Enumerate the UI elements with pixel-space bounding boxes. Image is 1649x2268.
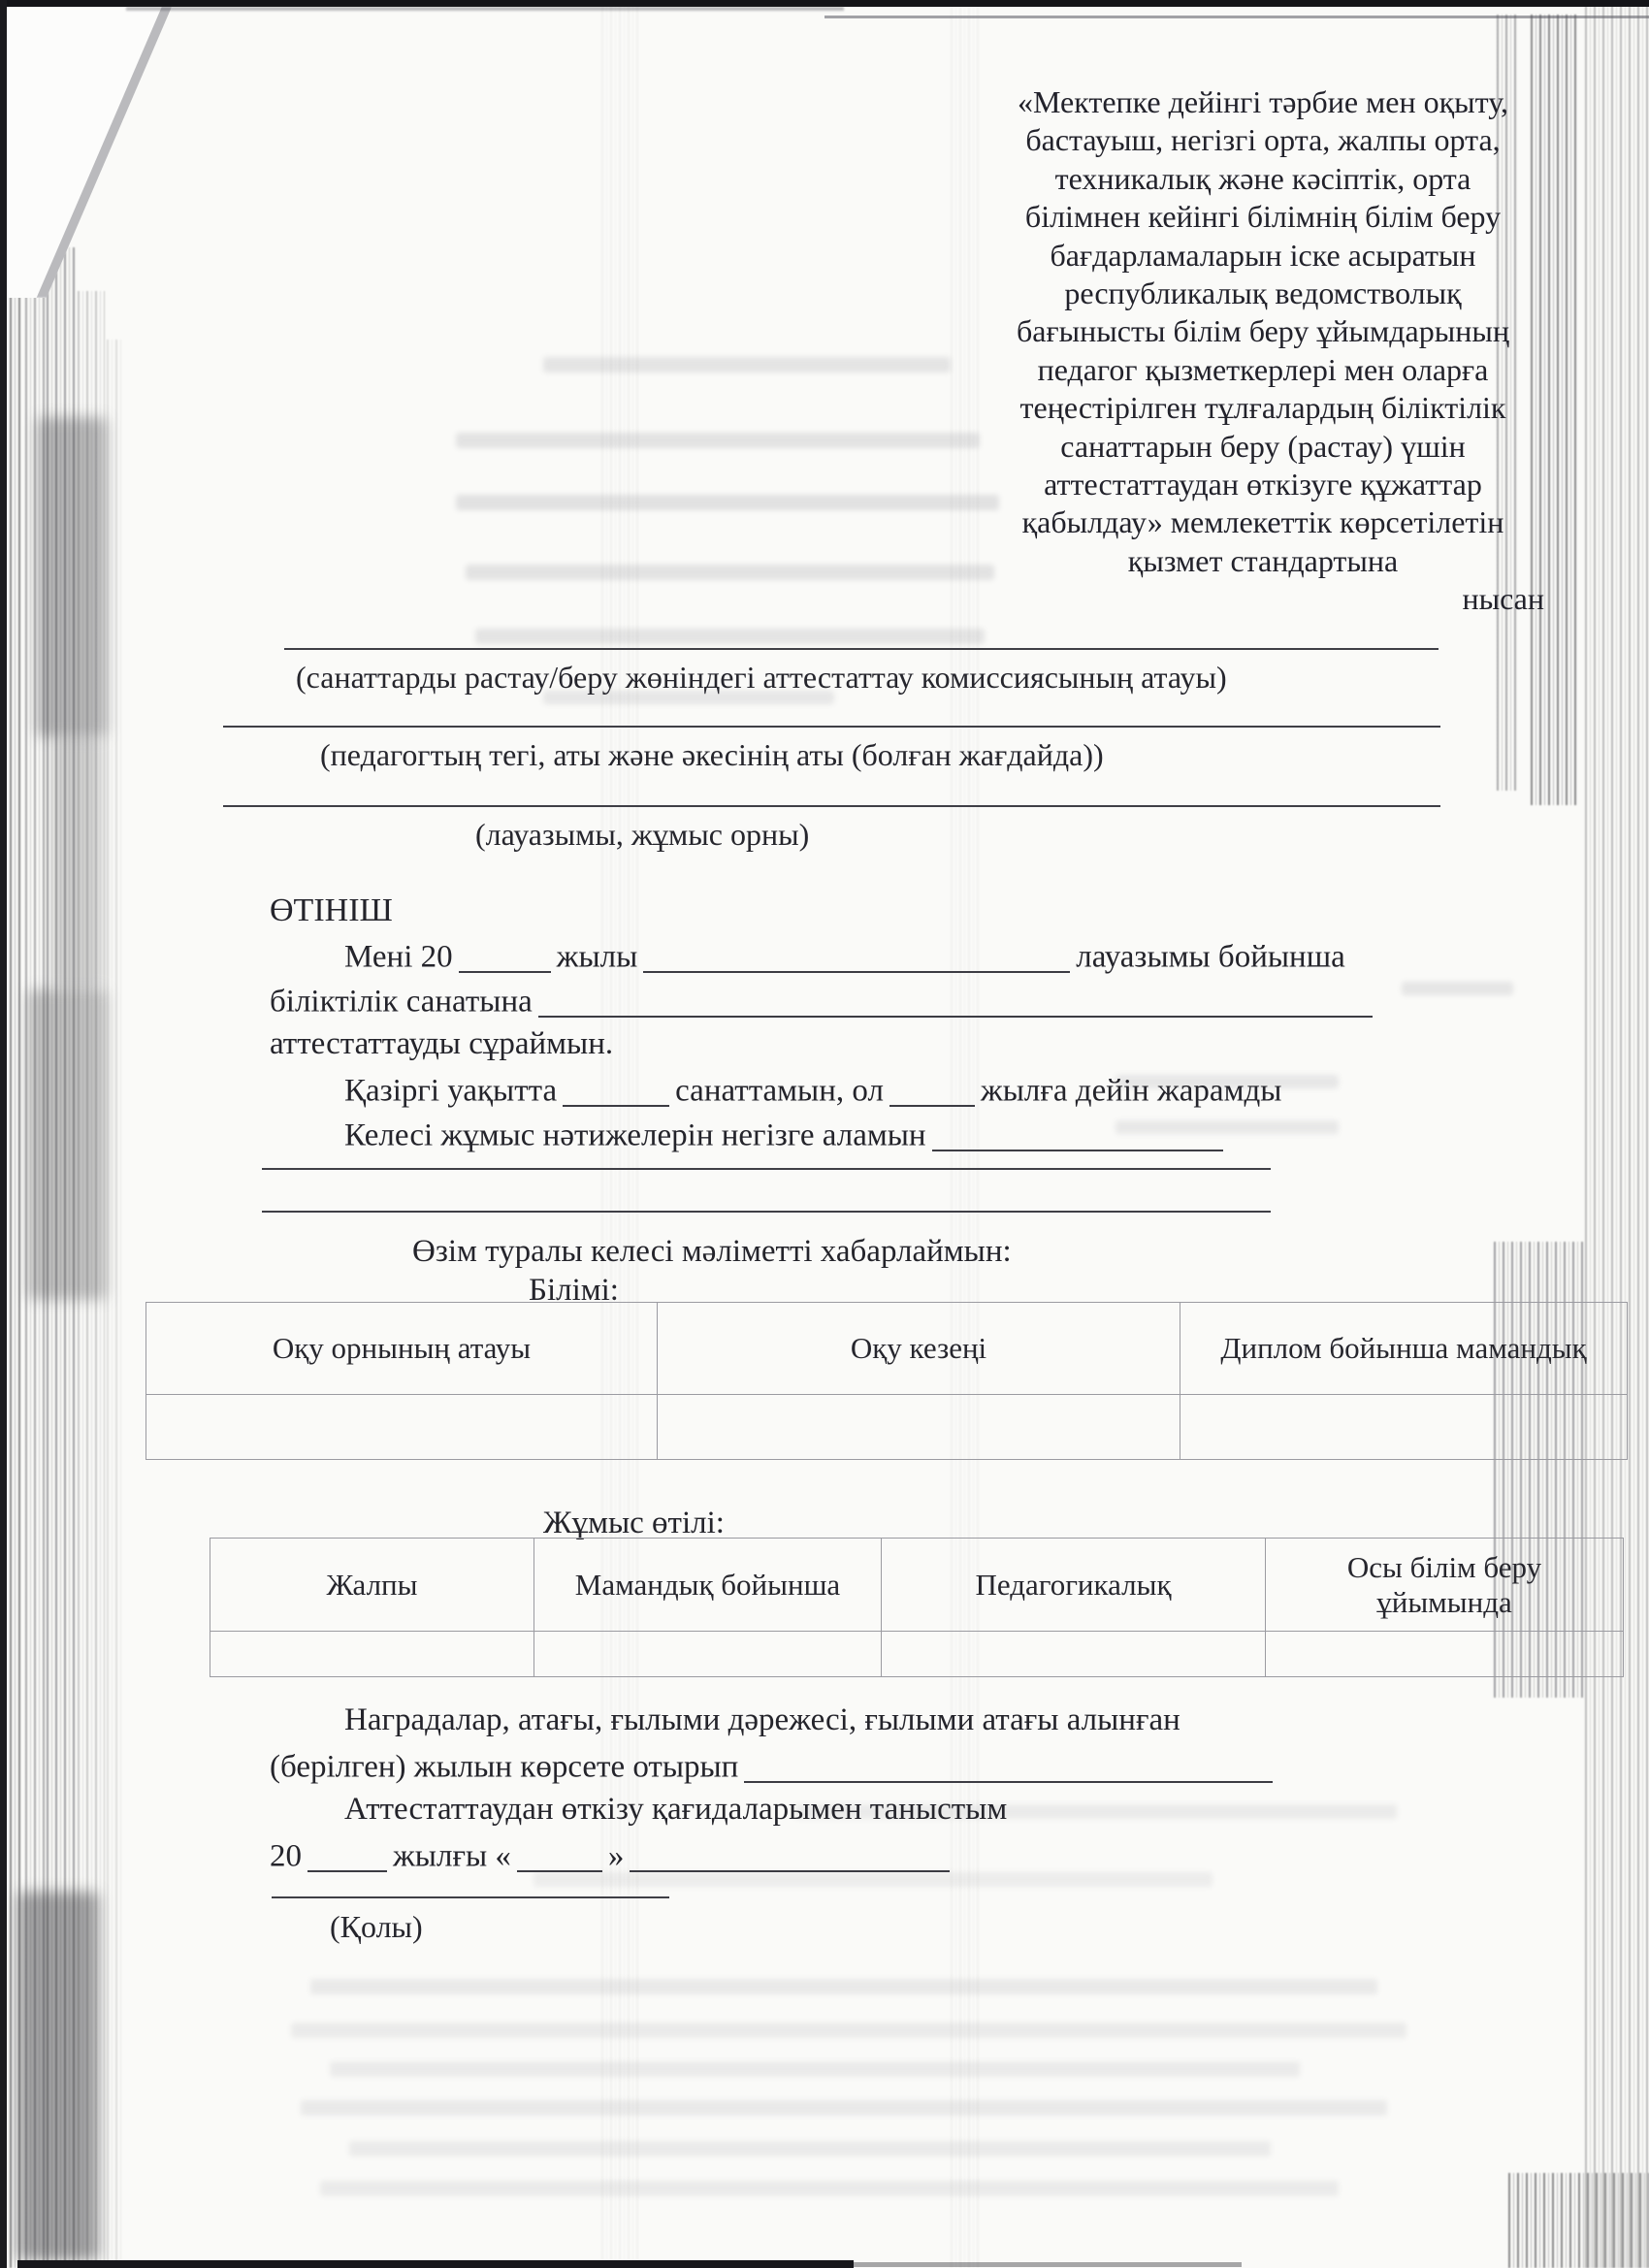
scan-top-edge <box>0 0 1649 7</box>
rules-acknowledgement-line: Аттестаттаудан өткізу қағидаларымен таны… <box>344 1792 1007 1828</box>
awards-line1: Наградалар, атағы, ғылыми дәрежесі, ғылы… <box>344 1702 1180 1738</box>
scan-left-edge <box>0 0 7 2268</box>
position-blank-field <box>643 937 1070 973</box>
field-caption-commission: (санаттарды растау/беру жөніндегі аттест… <box>296 660 1227 696</box>
results-blank-field <box>932 1116 1223 1151</box>
current-category-blank-field <box>563 1071 669 1107</box>
ghost-text-artifact <box>330 2061 1300 2077</box>
experience-empty-cell <box>210 1632 534 1676</box>
scan-bottom-edge-fade <box>854 2262 1242 2267</box>
experience-header-organization: Осы білім беру ұйымында <box>1266 1539 1623 1632</box>
ghost-text-artifact <box>543 357 951 373</box>
experience-header-pedagogical: Педагогикалық <box>882 1539 1266 1632</box>
right-streak-band <box>1508 2173 1649 2268</box>
date-close: » <box>608 1839 625 1874</box>
ghost-text-artifact <box>1402 982 1513 995</box>
education-table: Оқу орнының атауы Оқу кезеңі Диплом бойы… <box>145 1302 1628 1460</box>
signature-rule <box>272 1896 669 1898</box>
date-line: 20жылғы «» <box>270 1836 955 1875</box>
toner-smudge <box>37 417 107 737</box>
date-pre: 20 <box>270 1839 302 1874</box>
awards-line2: (берілген) жылын көрсете отырып <box>270 1747 1278 1786</box>
form-label: нысан <box>982 580 1544 618</box>
about-intro: Өзім туралы келесі мәліметті хабарлаймын… <box>412 1234 1012 1270</box>
request-line-post: лауазымы бойынша <box>1076 940 1345 975</box>
header-note-line: республикалық ведомстволық <box>982 275 1544 312</box>
current-category-line: Қазіргі уақыттасанаттамын, олжылға дейін… <box>344 1071 1281 1110</box>
date-day-blank-field <box>517 1836 602 1872</box>
experience-empty-cell <box>534 1632 882 1676</box>
results-pre: Келесі жұмыс нәтижелерін негізге аламын <box>344 1118 926 1153</box>
ghost-text-artifact <box>291 2023 1406 2038</box>
request-tail-line: аттестаттауды сұраймын. <box>270 1026 613 1062</box>
header-note-line: санаттарын беру (растау) үшін <box>982 428 1544 466</box>
header-note-line: бағдарламаларын іске асыратын <box>982 237 1544 275</box>
experience-header-total: Жалпы <box>210 1539 534 1632</box>
header-note-line: аттестаттаудан өткізуге құжаттар <box>982 466 1544 503</box>
date-mid: жылғы « <box>393 1839 511 1874</box>
field-rule-commission <box>284 648 1439 650</box>
toner-smudge <box>17 1892 99 2260</box>
current-pre: Қазіргі уақытта <box>344 1074 557 1109</box>
category-line: біліктілік санатына <box>270 982 1378 1021</box>
education-header-speciality: Диплом бойынша мамандық <box>1180 1303 1627 1395</box>
header-note: «Мектепке дейінгі тәрбие мен оқыту, баст… <box>982 83 1544 619</box>
ghost-text-artifact <box>320 2181 1339 2196</box>
experience-header-speciality: Мамандық бойынша <box>534 1539 882 1632</box>
ghost-text-artifact <box>466 565 994 580</box>
field-caption-position: (лауазымы, жұмыс орны) <box>475 817 809 853</box>
header-note-line: қызмет стандартына <box>982 542 1544 580</box>
category-blank-field <box>538 982 1373 1018</box>
header-note-line: педагог қызметкерлері мен оларға <box>982 351 1544 389</box>
right-streak-band <box>1585 0 1649 2268</box>
education-header-period: Оқу кезеңі <box>658 1303 1180 1395</box>
field-caption-teacher-name: (педагогтың тегі, аты және әкесінің аты … <box>320 737 1104 773</box>
request-line: Мені 20жылылауазымы бойынша <box>344 937 1345 976</box>
header-note-line: қабылдау» мемлекеттік көрсетілетін <box>982 503 1544 541</box>
toner-smudge <box>53 737 102 989</box>
year-blank-field <box>459 937 551 973</box>
results-continuation-rule <box>262 1168 1271 1170</box>
signature-caption: (Қолы) <box>330 1909 423 1945</box>
awards-line2-pre: (берілген) жылын көрсете отырып <box>270 1750 738 1785</box>
request-line-pre: Мені 20 <box>344 940 453 975</box>
ghost-text-artifact <box>475 629 985 644</box>
experience-empty-cell <box>1266 1632 1623 1676</box>
header-note-line: бастауыш, негізгі орта, жалпы орта, <box>982 121 1544 159</box>
header-note-line: «Мектепке дейінгі тәрбие мен оқыту, <box>982 83 1544 121</box>
scan-top-smudge <box>126 7 844 11</box>
field-rule-position <box>223 805 1440 807</box>
ghost-text-artifact <box>456 495 999 510</box>
ghost-text-artifact <box>456 433 980 448</box>
current-post: жылға дейін жарамды <box>981 1074 1282 1109</box>
request-line-mid: жылы <box>557 940 638 975</box>
education-empty-cell <box>146 1395 658 1459</box>
valid-until-blank-field <box>889 1071 975 1107</box>
results-line: Келесі жұмыс нәтижелерін негізге аламын <box>344 1116 1229 1154</box>
header-note-line: теңестірілген тұлғалардың біліктілік <box>982 389 1544 427</box>
application-title: ӨТІНІШ <box>270 892 393 929</box>
header-note-line: білімнен кейінгі білімнің білім беру <box>982 198 1544 236</box>
header-note-line: бағынысты білім беру ұйымдарының <box>982 312 1544 350</box>
results-continuation-rule <box>262 1211 1271 1213</box>
ghost-text-artifact <box>349 2141 1271 2156</box>
field-rule-teacher-name <box>223 726 1440 728</box>
scanned-application-form-page: { "document": { "header_note": { "lines"… <box>0 0 1649 2268</box>
category-line-pre: біліктілік санатына <box>270 985 533 1020</box>
ghost-text-artifact <box>301 2100 1387 2116</box>
education-header-institution: Оқу орнының атауы <box>146 1303 658 1395</box>
education-empty-cell <box>658 1395 1180 1459</box>
left-streak-band <box>107 340 124 2268</box>
education-empty-cell <box>1180 1395 1627 1459</box>
experience-empty-cell <box>882 1632 1266 1676</box>
scan-top-gray-line <box>824 16 1649 18</box>
experience-table: Жалпы Мамандық бойынша Педагогикалық Осы… <box>210 1538 1624 1677</box>
ghost-text-artifact <box>310 1979 1377 1994</box>
current-mid: санаттамын, ол <box>675 1074 884 1109</box>
date-month-blank-field <box>630 1836 950 1872</box>
scan-bottom-edge <box>17 2260 854 2268</box>
toner-smudge <box>27 989 107 1300</box>
header-note-line: техникалық және кәсіптік, орта <box>982 160 1544 198</box>
experience-label: Жұмыс өтілі: <box>543 1506 725 1541</box>
awards-blank-field <box>744 1747 1273 1783</box>
date-year-blank-field <box>307 1836 387 1872</box>
